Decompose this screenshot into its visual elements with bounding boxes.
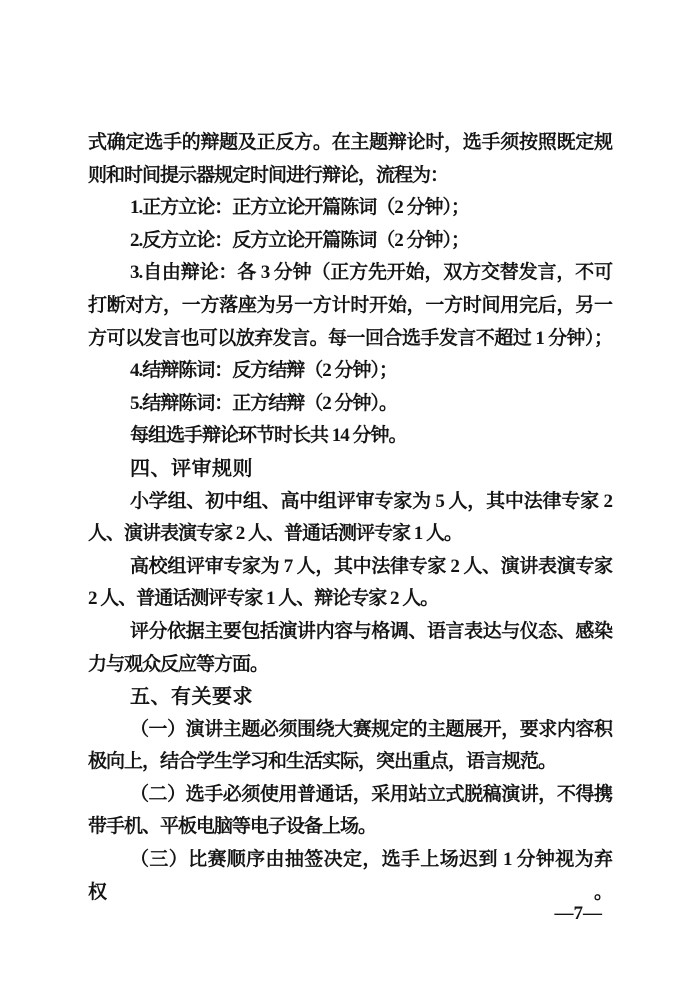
text-line: 方可以发言也可以放弃发言。每一回合选手发言不超过 1 分钟）； [88, 323, 612, 356]
text-line: 小学组、初中组、高中组评审专家为 5 人，其中法律专家 2 [88, 486, 612, 519]
text-line: 5.结辩陈词：正方结辩（2 分钟）。 [88, 388, 612, 421]
text-line: （三）比赛顺序由抽签决定，选手上场迟到 1 分钟视为弃权。 [88, 844, 612, 877]
text-line: 3.自由辩论：各 3 分钟（正方先开始，双方交替发言，不可 [88, 257, 612, 290]
text-line: 4.结辩陈词：反方结辩（2 分钟）； [88, 355, 612, 388]
text-line: 则和时间提示器规定时间进行辩论，流程为： [88, 160, 612, 193]
text-line: 2.反方立论：反方立论开篇陈词（2 分钟）； [88, 225, 612, 258]
text-line: 高校组评审专家为 7 人，其中法律专家 2 人、演讲表演专家 [88, 551, 612, 584]
text-line: （一）演讲主题必须围绕大赛规定的主题展开，要求内容积 [88, 714, 612, 747]
section-heading: 四、评审规则 [88, 453, 612, 486]
text-line: 每组选手辩论环节时长共 14 分钟。 [88, 420, 612, 453]
document-page: 式确定选手的辩题及正反方。在主题辩论时，选手须按照既定规则和时间提示器规定时间进… [0, 0, 700, 990]
text-line: 力与观众反应等方面。 [88, 649, 612, 682]
text-line: 1.正方立论：正方立论开篇陈词（2 分钟）； [88, 192, 612, 225]
text-line: （二）选手必须使用普通话，采用站立式脱稿演讲，不得携 [88, 779, 612, 812]
text-line: 带手机、平板电脑等电子设备上场。 [88, 811, 612, 844]
text-line: 评分依据主要包括演讲内容与格调、语言表达与仪态、感染 [88, 616, 612, 649]
section-heading: 五、有关要求 [88, 681, 612, 714]
text-line: 2 人、普通话测评专家 1 人、辩论专家 2 人。 [88, 583, 612, 616]
text-line: 打断对方，一方落座为另一方计时开始，一方时间用完后，另一 [88, 290, 612, 323]
text-line: 人、演讲表演专家 2 人、普通话测评专家 1 人。 [88, 518, 612, 551]
document-body: 式确定选手的辩题及正反方。在主题辩论时，选手须按照既定规则和时间提示器规定时间进… [88, 127, 612, 877]
text-line: 式确定选手的辩题及正反方。在主题辩论时，选手须按照既定规 [88, 127, 612, 160]
text-line: 极向上，结合学生学习和生活实际，突出重点，语言规范。 [88, 746, 612, 779]
page-number: —7— [555, 903, 603, 925]
